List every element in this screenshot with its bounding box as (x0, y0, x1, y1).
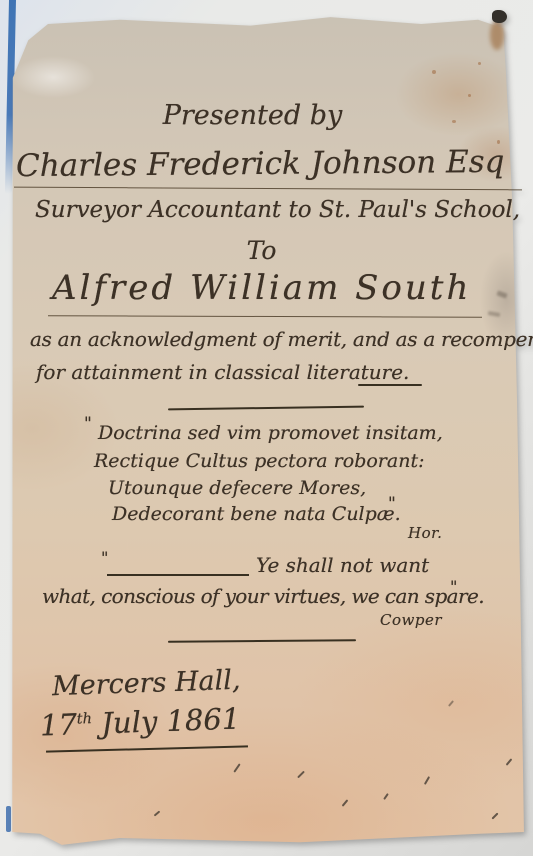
latin-quote-line4: Dedecorant bene nata Culpæ. (112, 503, 401, 525)
english-quote-leading-rule (107, 574, 249, 576)
ink-blot-top-right (492, 10, 507, 23)
photo-background: Presented by Charles Frederick Johnson E… (0, 0, 533, 856)
presenter-title: Surveyor Accountant to St. Paul's School… (35, 197, 520, 223)
english-quote-line1: Ye shall not want (256, 553, 429, 577)
english-attribution: Cowper (380, 611, 442, 629)
latin-quote-line2: Rectique Cultus pectora roborant: (94, 450, 424, 472)
english-close-quote: " (450, 577, 457, 596)
presented-by-line: Presented by (0, 100, 505, 131)
date-month-year: July 1861 (92, 702, 241, 741)
latin-attribution: Hor. (408, 524, 442, 542)
certificate-paper: Presented by Charles Frederick Johnson E… (0, 0, 533, 856)
rust-stain-top-right (490, 20, 504, 50)
place-line: Mercers Hall, (52, 665, 241, 703)
dash-after-literature (358, 384, 422, 386)
english-open-quote: " (101, 548, 108, 567)
date-day: 17 (39, 707, 77, 742)
recipient-name: Alfred William South (52, 268, 471, 308)
latin-quote-line1: Doctrina sed vim promovet insitam, (98, 422, 443, 444)
to-label: To (0, 236, 523, 265)
presenter-name: Charles Frederick Johnson Esq (16, 144, 505, 184)
date-line: 17th July 1861 (39, 702, 240, 743)
latin-quote-line3: Utounque defecere Mores, (108, 477, 366, 499)
latin-close-quote: " (388, 494, 396, 514)
latin-open-quote: " (84, 414, 92, 434)
dedication-line1: as an acknowledgment of merit, and as a … (30, 327, 533, 351)
english-quote-line2: what, conscious of your virtues, we can … (42, 584, 484, 608)
date-ordinal: th (77, 711, 93, 728)
dedication-line2: for attainment in classical literature. (36, 360, 409, 384)
